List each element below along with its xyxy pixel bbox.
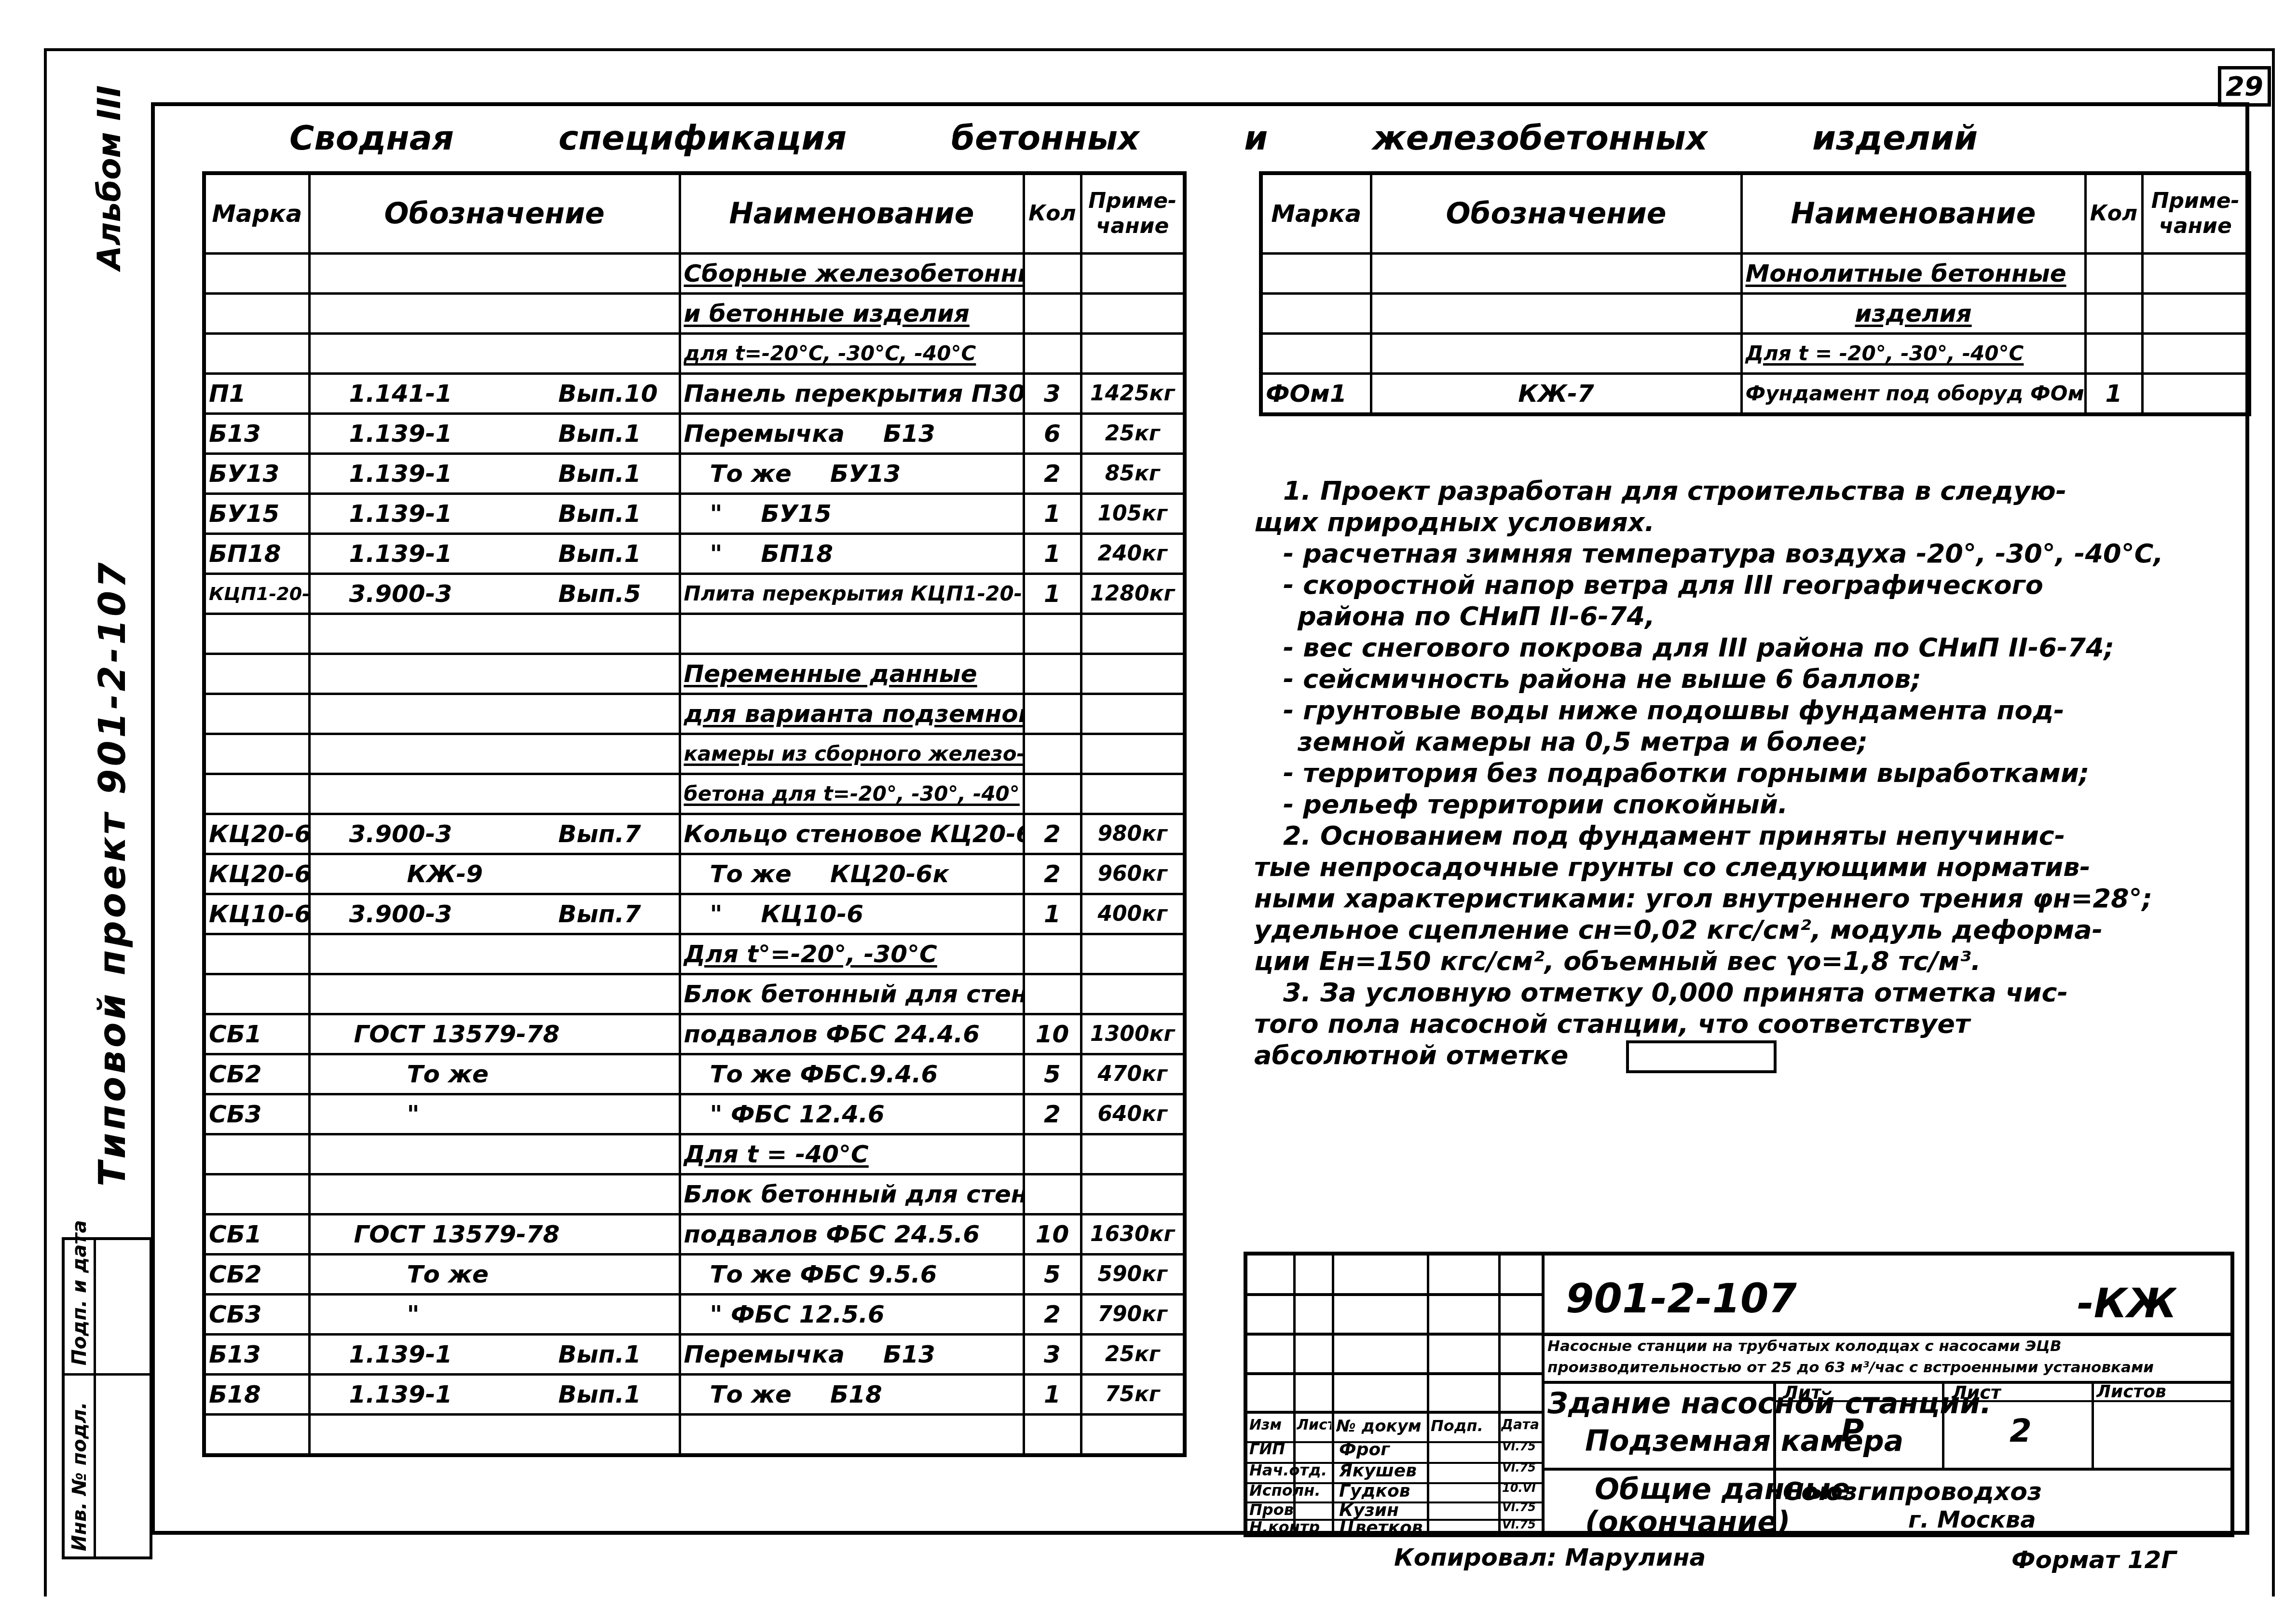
cell-designation — [309, 294, 680, 334]
table-row: камеры из сборного железо- — [204, 734, 1185, 774]
cell-mark: СБ3 — [204, 1295, 309, 1335]
cell-name: для варианта подземной — [680, 694, 1024, 734]
name-text: и бетонные изделия — [684, 300, 970, 328]
cell-designation: То же — [309, 1054, 680, 1094]
cell-name: и бетонные изделия — [680, 294, 1024, 334]
cell-mark — [1261, 254, 1371, 294]
project-description: Насосные станции на трубчатых колодцах с… — [1547, 1336, 2228, 1378]
signer-name: Фрог — [1339, 1440, 1426, 1460]
stamp-signature-date: Подп. и дата — [68, 1220, 91, 1365]
designation-series: " — [407, 1100, 420, 1128]
cell-note: 1630кг — [1081, 1215, 1185, 1255]
designation-series: 1.139-1 — [349, 540, 452, 568]
cell-note — [2142, 334, 2249, 374]
cell-note — [1081, 614, 1185, 654]
cell-note — [1081, 734, 1185, 774]
cell-note: 240кг — [1081, 534, 1185, 574]
cell-designation — [309, 614, 680, 654]
table-row: КЦ20-6кКЖ-9То же КЦ20-6к2960кг — [204, 854, 1185, 894]
name-text: Панель перекрытия П30-15 — [684, 380, 1024, 408]
signer-date: VI.75 — [1502, 1440, 1541, 1453]
table-row: СБ3"" ФБС 12.5.62790кг — [204, 1295, 1185, 1335]
cell-note — [1081, 334, 1185, 374]
title-word: железобетонных — [1372, 118, 1708, 166]
sheet-value: 2 — [2010, 1412, 2032, 1449]
cell-qty: 3 — [1024, 374, 1081, 414]
designation-issue: Вып.10 — [558, 375, 657, 412]
cell-mark — [204, 1415, 309, 1456]
cell-designation — [309, 654, 680, 694]
document-code: 901-2-107 — [1566, 1275, 1797, 1322]
name-text: подвалов ФБС 24.4.6 — [684, 1020, 980, 1048]
cell-qty: 5 — [1024, 1054, 1081, 1094]
cell-designation: То же — [309, 1255, 680, 1295]
note-line: тые непросадочные грунты со следующими н… — [1254, 851, 2195, 883]
note-line: ными характеристиками: угол внутреннего … — [1254, 883, 2195, 914]
note-line: - вес снегового покрова для III района п… — [1254, 632, 2195, 663]
cell-note: 1300кг — [1081, 1014, 1185, 1054]
cell-mark: БУ13 — [204, 454, 309, 494]
cell-name: Для t = -40°С — [680, 1134, 1024, 1174]
cell-note: 790кг — [1081, 1295, 1185, 1335]
cell-qty: 10 — [1024, 1014, 1081, 1054]
table-row: Блок бетонный для стен — [204, 974, 1185, 1014]
note-line: района по СНиП II-6-74, — [1254, 600, 2195, 632]
cell-note — [1081, 1415, 1185, 1456]
cell-mark — [1261, 334, 1371, 374]
table-row: СБ3"" ФБС 12.4.62640кг — [204, 1094, 1185, 1134]
cell-mark — [204, 614, 309, 654]
cell-qty — [1024, 694, 1081, 734]
title-word: и — [1244, 118, 1268, 166]
cell-designation: ГОСТ 13579-78 — [309, 1215, 680, 1255]
table-header-row: Марка Обозначение Наименование Кол Приме… — [1261, 173, 2249, 254]
col-header-change: Изм — [1249, 1417, 1293, 1433]
cell-mark: СБ1 — [204, 1215, 309, 1255]
header-note: Приме-чание — [1081, 173, 1185, 254]
name-mark: Б13 — [845, 1336, 935, 1373]
col-header-signature: Подп. — [1431, 1417, 1496, 1435]
cell-note — [1081, 1134, 1185, 1174]
cell-mark — [204, 254, 309, 294]
cell-note — [1081, 1174, 1185, 1215]
cell-designation: " — [309, 1094, 680, 1134]
designation-series: 3.900-3 — [349, 580, 452, 608]
name-text: подвалов ФБС 24.5.6 — [684, 1220, 980, 1248]
name-text: Перемычка — [684, 1340, 845, 1368]
header-designation: Обозначение — [309, 173, 680, 254]
cell-qty: 2 — [1024, 1094, 1081, 1134]
name-text: То же — [710, 460, 792, 488]
name-text: То же ФБС.9.4.6 — [710, 1060, 938, 1088]
table-row: Монолитные бетонные — [1261, 254, 2249, 294]
table-row: для t=-20°С, -30°С, -40°С — [204, 334, 1185, 374]
name-text: Плита перекрытия КЦП1-20-1 — [684, 582, 1024, 605]
copied-by: Копировал: Марулина — [1394, 1543, 1706, 1571]
cell-name: подвалов ФБС 24.5.6 — [680, 1215, 1024, 1255]
cell-designation: 1.139-1Вып.1 — [309, 414, 680, 454]
note-line: удельное сцепление сн=0,02 кгс/см², моду… — [1254, 914, 2195, 945]
cell-mark — [204, 1174, 309, 1215]
header-qty: Кол — [1024, 173, 1081, 254]
designation-issue: Вып.1 — [558, 535, 641, 573]
note-line: 2. Основанием под фундамент приняты непу… — [1254, 820, 2195, 851]
document-suffix: -КЖ — [2077, 1280, 2176, 1327]
table-row: Сборные железобетонные — [204, 254, 1185, 294]
col-header-doc-no: № докум — [1336, 1417, 1425, 1436]
designation-series: То же — [407, 1260, 489, 1288]
cell-designation — [309, 734, 680, 774]
cell-qty: 1 — [1024, 894, 1081, 934]
signer-role: Нач.отд. — [1249, 1461, 1331, 1479]
cell-note: 960кг — [1081, 854, 1185, 894]
cell-designation: 1.139-1Вып.1 — [309, 454, 680, 494]
cell-qty — [2085, 334, 2142, 374]
name-text: для варианта подземной — [684, 700, 1024, 728]
cell-note — [1081, 654, 1185, 694]
cell-note — [1081, 974, 1185, 1014]
note-line: 3. За условную отметку 0,000 принята отм… — [1254, 977, 2195, 1008]
name-text: " ФБС 12.4.6 — [710, 1100, 885, 1128]
cell-designation: 1.139-1Вып.1 — [309, 1335, 680, 1375]
col-header-date: Дата — [1501, 1417, 1542, 1433]
table-row: для варианта подземной — [204, 694, 1185, 734]
cell-mark: БП18 — [204, 534, 309, 574]
header-name: Наименование — [680, 173, 1024, 254]
note-line: - территория без подработки горными выра… — [1254, 757, 2195, 789]
designation-series: КЖ-9 — [407, 860, 483, 888]
name-text: Сборные железобетонные — [684, 259, 1024, 287]
table-row: Для t°=-20°, -30°С — [204, 934, 1185, 974]
cell-name: Блок бетонный для стен. — [680, 1174, 1024, 1215]
signer-date: VI.75 — [1502, 1461, 1541, 1474]
cell-designation — [309, 254, 680, 294]
cell-designation — [309, 334, 680, 374]
cell-name-text: Фундамент под оборуд ФОм1 — [1746, 382, 2086, 405]
cell-mark: СБ1 — [204, 1014, 309, 1054]
page-number-box: 29 — [2218, 66, 2271, 107]
designation-issue: Вып.1 — [558, 455, 641, 492]
cell-mark — [204, 334, 309, 374]
cell-qty — [1024, 614, 1081, 654]
cell-note — [1081, 294, 1185, 334]
cell-designation: КЖ-9 — [309, 854, 680, 894]
cell-qty — [1024, 934, 1081, 974]
signer-role: ГИП — [1249, 1440, 1331, 1458]
name-text: " — [710, 540, 723, 568]
designation-issue: Вып.1 — [558, 1376, 641, 1413]
cell-note — [1081, 934, 1185, 974]
table-row: ФОм1КЖ-7Фундамент под оборуд ФОм11 — [1261, 374, 2249, 415]
sheet-title-cont: (окончание) — [1585, 1505, 1790, 1539]
designation-issue: Вып.1 — [558, 1336, 641, 1373]
signer-date: VI.75 — [1502, 1518, 1541, 1531]
designation-issue: Вып.1 — [558, 415, 641, 452]
designation-issue: Вып.1 — [558, 495, 641, 532]
header-mark: Марка — [1261, 173, 1371, 254]
cell-qty — [1024, 974, 1081, 1014]
cell-name: Плита перекрытия КЦП1-20-1 — [680, 574, 1024, 614]
cell-mark: ФОм1 — [1261, 374, 1371, 415]
table-row: П11.141-1Вып.10Панель перекрытия П30-153… — [204, 374, 1185, 414]
cell-note — [2142, 374, 2249, 415]
signer-date: 10.VI — [1502, 1481, 1541, 1495]
cell-name: Переменные данные — [680, 654, 1024, 694]
cell-mark — [204, 1134, 309, 1174]
note-line: щих природных условиях. — [1254, 506, 2195, 538]
cell-note: 85кг — [1081, 454, 1185, 494]
name-text: для t=-20°С, -30°С, -40°С — [684, 341, 976, 365]
name-text: То же — [710, 1380, 792, 1408]
cell-qty-text: 1 — [2106, 380, 2122, 408]
table-row: Б131.139-1Вып.1Перемычка Б13325кг — [204, 1335, 1185, 1375]
header-mark: Марка — [204, 173, 309, 254]
note-line: земной камеры на 0,5 метра и более; — [1254, 726, 2195, 757]
cell-designation — [309, 934, 680, 974]
name-text: " — [710, 500, 723, 528]
cell-mark-text: ФОм1 — [1266, 380, 1347, 408]
note-line: того пола насосной станции, что соответс… — [1254, 1008, 2195, 1039]
cell-name — [680, 1415, 1024, 1456]
cell-mark — [204, 654, 309, 694]
cell-qty: 1 — [2085, 374, 2142, 415]
cell-name: камеры из сборного железо- — [680, 734, 1024, 774]
cell-qty — [1024, 1174, 1081, 1215]
cell-designation: 3.900-3Вып.7 — [309, 894, 680, 934]
cell-qty — [2085, 294, 2142, 334]
cell-qty: 5 — [1024, 1255, 1081, 1295]
cell-name: бетона для t=-20°, -30°, -40° — [680, 774, 1024, 814]
note-line: ции Ен=150 кгс/см², объемный вес γо=1,8 … — [1254, 945, 2195, 977]
cell-designation — [309, 1134, 680, 1174]
cell-mark: Б18 — [204, 1375, 309, 1415]
title-word: Сводная — [289, 118, 454, 166]
cell-qty — [1024, 254, 1081, 294]
cell-mark — [204, 934, 309, 974]
cell-name-text: изделия — [1855, 300, 1971, 328]
cell-qty: 1 — [1024, 534, 1081, 574]
name-text: " ФБС 12.5.6 — [710, 1300, 885, 1328]
cell-name: Сборные железобетонные — [680, 254, 1024, 294]
cell-designation: ГОСТ 13579-78 — [309, 1014, 680, 1054]
general-notes: 1. Проект разработан для строительства в… — [1254, 475, 2195, 1073]
designation-series: 1.141-1 — [349, 380, 452, 408]
project-label: Типовой проект 901-2-107 — [91, 560, 134, 1187]
cell-mark: Б13 — [204, 414, 309, 454]
building-title: Здание насосной станции. — [1547, 1387, 1991, 1420]
cell-note — [1081, 774, 1185, 814]
cell-name-text: Для t = -20°, -30°, -40°С — [1746, 341, 2024, 365]
cell-designation: 1.139-1Вып.1 — [309, 534, 680, 574]
cell-name-text: Монолитные бетонные — [1746, 259, 2066, 287]
signer-role: Пров — [1249, 1501, 1331, 1519]
cell-name: " ФБС 12.5.6 — [680, 1295, 1024, 1335]
cell-designation — [309, 974, 680, 1014]
cell-qty — [1024, 734, 1081, 774]
cell-qty: 6 — [1024, 414, 1081, 454]
table-row: изделия — [1261, 294, 2249, 334]
cell-name: " БУ15 — [680, 494, 1024, 534]
designation-series: 1.139-1 — [349, 420, 452, 448]
cell-note: 75кг — [1081, 1375, 1185, 1415]
header-designation: Обозначение — [1371, 173, 1741, 254]
cell-name: То же Б18 — [680, 1375, 1024, 1415]
cell-qty: 1 — [1024, 574, 1081, 614]
cell-designation — [309, 774, 680, 814]
table-row: СБ2То жеТо же ФБС.9.4.65470кг — [204, 1054, 1185, 1094]
table-row: КЦ20-63.900-3Вып.7Кольцо стеновое КЦ20-6… — [204, 814, 1185, 854]
note-line: - скоростной напор ветра для III географ… — [1254, 569, 2195, 600]
cell-qty — [1024, 1415, 1081, 1456]
cell-designation: 1.139-1Вып.1 — [309, 494, 680, 534]
name-text: Для t = -40°С — [684, 1140, 869, 1168]
cell-name: для t=-20°С, -30°С, -40°С — [680, 334, 1024, 374]
cell-note: 25кг — [1081, 1335, 1185, 1375]
cell-designation — [309, 1415, 680, 1456]
designation-issue: Вып.5 — [558, 575, 641, 613]
designation-series: То же — [407, 1060, 489, 1088]
name-mark: КЦ20-6к — [792, 855, 949, 893]
document-title: Сводная спецификация бетонных и железобе… — [289, 118, 1978, 166]
cell-qty — [1024, 294, 1081, 334]
cell-qty — [1024, 334, 1081, 374]
designation-series: " — [407, 1300, 420, 1328]
cell-designation: 3.900-3Вып.5 — [309, 574, 680, 614]
cell-qty — [1024, 774, 1081, 814]
name-text: Переменные данные — [684, 660, 977, 688]
sheet-label: Лист — [1952, 1382, 2001, 1403]
note-line: - сейсмичность района не выше 6 баллов; — [1254, 663, 2195, 695]
title-word: изделий — [1812, 118, 1978, 166]
cell-designation — [1371, 254, 1741, 294]
absolute-elevation-box — [1626, 1040, 1777, 1073]
cell-designation: КЖ-7 — [1371, 374, 1741, 415]
table-row: КЦ10-63.900-3Вып.7" КЦ10-61400кг — [204, 894, 1185, 934]
cell-designation: 1.141-1Вып.10 — [309, 374, 680, 414]
note-line: - грунтовые воды ниже подошвы фундамента… — [1254, 695, 2195, 726]
cell-mark — [204, 974, 309, 1014]
right-spec-table: Марка Обозначение Наименование Кол Приме… — [1259, 171, 2251, 416]
cell-mark: КЦП1-20-1 — [204, 574, 309, 614]
organization-city: г. Москва — [1908, 1506, 2036, 1533]
designation-series: 1.139-1 — [349, 460, 452, 488]
cell-mark: КЦ20-6к — [204, 854, 309, 894]
cell-note: 25кг — [1081, 414, 1185, 454]
cell-designation: 3.900-3Вып.7 — [309, 814, 680, 854]
cell-note — [1081, 694, 1185, 734]
cell-name: Кольцо стеновое КЦ20-6 — [680, 814, 1024, 854]
table-row: БП181.139-1Вып.1" БП181240кг — [204, 534, 1185, 574]
signer-name: Якушев — [1339, 1461, 1426, 1481]
name-mark: Б18 — [792, 1376, 882, 1413]
cell-qty: 2 — [1024, 814, 1081, 854]
designation-series: 1.139-1 — [349, 500, 452, 528]
table-row: КЦП1-20-13.900-3Вып.5Плита перекрытия КЦ… — [204, 574, 1185, 614]
cell-mark — [204, 294, 309, 334]
table-row: БУ131.139-1Вып.1То же БУ13285кг — [204, 454, 1185, 494]
cell-note: 1425кг — [1081, 374, 1185, 414]
cell-designation: " — [309, 1295, 680, 1335]
sheet-format: Формат 12Г — [2011, 1546, 2176, 1574]
name-text: То же — [710, 860, 792, 888]
cell-qty: 1 — [1024, 1375, 1081, 1415]
name-text: бетона для t=-20°, -30°, -40° — [684, 782, 1020, 805]
title-word: бетонных — [951, 118, 1139, 166]
cell-note: 980кг — [1081, 814, 1185, 854]
stage-label: Лит — [1783, 1382, 1821, 1403]
designation-series: 1.139-1 — [349, 1340, 452, 1368]
cell-qty: 10 — [1024, 1215, 1081, 1255]
note-line: 1. Проект разработан для строительства в… — [1254, 475, 2195, 506]
cell-note: 590кг — [1081, 1255, 1185, 1295]
cell-mark — [204, 734, 309, 774]
cell-name: Перемычка Б13 — [680, 414, 1024, 454]
designation-series: ГОСТ 13579-78 — [354, 1020, 560, 1048]
table-row: СБ1ГОСТ 13579-78подвалов ФБС 24.4.610130… — [204, 1014, 1185, 1054]
table-row: бетона для t=-20°, -30°, -40° — [204, 774, 1185, 814]
cell-mark: П1 — [204, 374, 309, 414]
cell-note — [2142, 294, 2249, 334]
table-row — [204, 1415, 1185, 1456]
cell-name: изделия — [1741, 294, 2085, 334]
header-name: Наименование — [1741, 173, 2085, 254]
organization: Союзгипроводхоз — [1783, 1477, 2042, 1506]
note-line: - расчетная зимняя температура воздуха -… — [1254, 538, 2195, 569]
cell-qty — [2085, 254, 2142, 294]
cell-note: 400кг — [1081, 894, 1185, 934]
name-text: Перемычка — [684, 420, 845, 448]
cell-mark: Б13 — [204, 1335, 309, 1375]
note-line-text: абсолютной отметке — [1254, 1040, 1568, 1070]
designation-series: 3.900-3 — [349, 900, 452, 928]
cell-note: 105кг — [1081, 494, 1185, 534]
cell-note — [2142, 254, 2249, 294]
sheets-label: Листов — [2096, 1382, 2166, 1402]
cell-note: 1280кг — [1081, 574, 1185, 614]
table-row — [204, 614, 1185, 654]
header-qty: Кол — [2085, 173, 2142, 254]
cell-qty: 3 — [1024, 1335, 1081, 1375]
signer-role: Н.контр — [1249, 1518, 1331, 1536]
cell-mark: КЦ10-6 — [204, 894, 309, 934]
page-number: 29 — [2226, 71, 2263, 102]
table-row: Б181.139-1Вып.1То же Б18175кг — [204, 1375, 1185, 1415]
cell-name: То же ФБС 9.5.6 — [680, 1255, 1024, 1295]
cell-mark: СБ2 — [204, 1054, 309, 1094]
note-line: - рельеф территории спокойный. — [1254, 789, 2195, 820]
cell-name: То же БУ13 — [680, 454, 1024, 494]
cell-mark: СБ2 — [204, 1255, 309, 1295]
signer-name: Гудков — [1339, 1481, 1426, 1501]
designation-series: 1.139-1 — [349, 1380, 452, 1408]
table-row: БУ151.139-1Вып.1" БУ151105кг — [204, 494, 1185, 534]
table-row: Для t = -20°, -30°, -40°С — [1261, 334, 2249, 374]
signer-role: Исполн. — [1249, 1481, 1331, 1500]
cell-mark — [204, 774, 309, 814]
table-row: Переменные данные — [204, 654, 1185, 694]
table-row: и бетонные изделия — [204, 294, 1185, 334]
cell-designation — [309, 694, 680, 734]
title-block: Изм Лист № докум Подп. Дата ГИПФрогVI.75… — [1244, 1252, 2234, 1537]
title-word: спецификация — [559, 118, 847, 166]
note-line: абсолютной отметке — [1254, 1039, 2195, 1073]
cell-mark: КЦ20-6 — [204, 814, 309, 854]
archive-stamp: Подп. и дата Инв. № подл. — [62, 1237, 152, 1559]
cell-name: Панель перекрытия П30-15 — [680, 374, 1024, 414]
table-row: Б131.139-1Вып.1Перемычка Б13625кг — [204, 414, 1185, 454]
header-note: Приме-чание — [2142, 173, 2249, 254]
name-text: Для t°=-20°, -30°С — [684, 940, 937, 968]
